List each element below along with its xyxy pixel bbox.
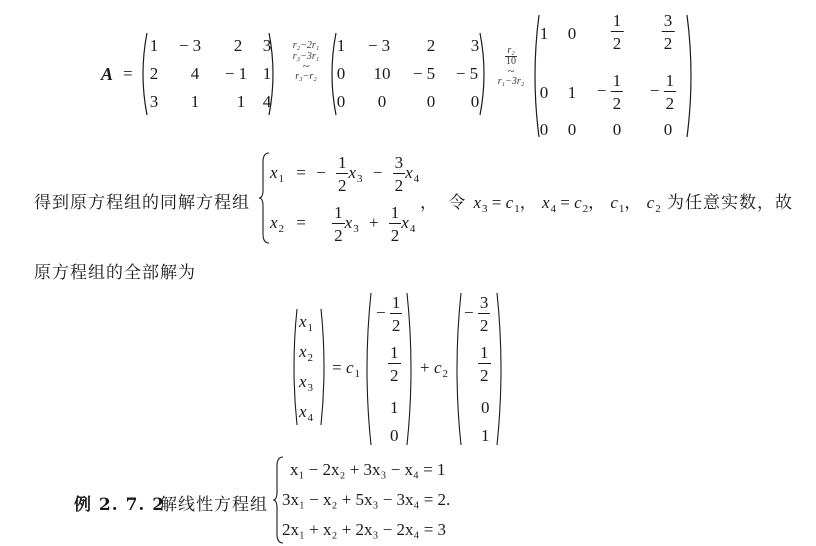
matrix-c-cell: 0 <box>540 120 549 140</box>
matrix-a-cell: − 3 <box>179 36 201 56</box>
right-paren-icon <box>479 32 489 116</box>
matrix-a-cell: 1 <box>191 92 200 112</box>
system-equation-2: x2 = 12x3 + 12x4 <box>270 204 415 244</box>
tilde-icon: ~ <box>492 67 530 75</box>
v1-entry: 12 <box>388 344 401 384</box>
matrix-c-cell: 1 <box>540 24 549 44</box>
v1-entry: 1 <box>390 398 399 418</box>
x-vector-entry: x2 <box>299 342 313 362</box>
matrix-c-cell: 12 <box>611 12 624 52</box>
matrix-b-cell: 0 <box>471 92 480 112</box>
matrix-a-cell: 1 <box>237 92 246 112</box>
matrix-c-cell: 0 <box>540 83 549 103</box>
matrix-c-cell: 32 <box>662 12 675 52</box>
x-vector-entry: x4 <box>299 402 313 422</box>
c1-coefficient: c1 <box>346 358 360 378</box>
matrix-b-cell: 3 <box>471 36 480 56</box>
right-paren-icon <box>496 292 506 446</box>
matrix-a: 1 − 3 2 3 2 4 − 1 1 3 1 1 4 <box>138 30 283 120</box>
example-equation-1: x₁ − 2x₂ + 3x₃ − x₄ = 1 <box>290 460 446 480</box>
parameter-text: ， 令 x3 = c1， x4 = c2， c1， c2 为任意实数，故 <box>420 188 793 213</box>
matrix-c-cell: − 12 <box>597 72 623 112</box>
matrix-b-cell: 0 <box>337 64 346 84</box>
v1-entry: − 12 <box>376 294 402 334</box>
equals-sign: = <box>332 358 342 378</box>
example-label: 例 2. 7. 2 <box>74 490 165 515</box>
matrix-a-cell: 3 <box>150 92 159 112</box>
v2-entry: 0 <box>481 398 490 418</box>
right-paren-icon <box>686 14 696 138</box>
row-operation-1: r₂−2r₁ r₃−3r₁ ~ r₃−r₂ <box>285 40 327 83</box>
matrix-b-cell: 0 <box>427 92 436 112</box>
right-paren-icon <box>320 308 328 426</box>
row-op-line: r₁−3r₂ <box>492 75 530 88</box>
plus-sign: + <box>420 358 430 378</box>
right-paren-icon <box>406 292 416 446</box>
matrix-b-cell: − 5 <box>456 64 478 84</box>
left-paren-icon <box>327 32 337 116</box>
matrix-a-cell: 3 <box>263 36 272 56</box>
example-equation-3: 2x₁ + x₂ + 2x₃ − 2x₄ = 3 <box>282 520 446 540</box>
example-section: 例 2. 7. 2 解线性方程组 x₁ − 2x₂ + 3x₃ − x₄ = 1… <box>0 452 816 546</box>
matrix-c-cell: 0 <box>568 24 577 44</box>
matrix-c-cell: 0 <box>613 120 622 140</box>
matrix-a-cell: 1 <box>263 64 272 84</box>
matrix-b-cell: − 5 <box>413 64 435 84</box>
matrix-reduction: A = 1 − 3 2 3 2 4 − 1 1 3 1 1 4 r₂−2r₁ r… <box>0 0 816 145</box>
matrix-a-cell: 2 <box>150 64 159 84</box>
left-paren-icon <box>138 32 148 116</box>
matrix-a-label: A <box>101 64 113 85</box>
matrix-c-cell: − 12 <box>650 72 676 112</box>
v2-entry: 12 <box>478 344 491 384</box>
system-intro-text: 得到原方程组的同解方程组 <box>34 188 250 213</box>
example-text: 解线性方程组 <box>160 490 268 515</box>
system-equation-1: x1 = − 12x3 − 32x4 <box>270 154 419 194</box>
matrix-a-cell: − 1 <box>225 64 247 84</box>
c2-coefficient: c2 <box>434 358 448 378</box>
matrix-b-cell: 1 <box>337 36 346 56</box>
matrix-c-cell: 0 <box>664 120 673 140</box>
matrix-a-cell: 4 <box>263 92 272 112</box>
v1-entry: 0 <box>390 426 399 446</box>
left-paren-icon <box>530 14 540 138</box>
v2-entry: 1 <box>481 426 490 446</box>
matrix-b-cell: 0 <box>337 92 346 112</box>
row-op-frac-num: r₂ <box>492 46 530 56</box>
matrix-a-cell: 4 <box>191 64 200 84</box>
equals-sign: = <box>123 64 133 84</box>
matrix-b-cell: 0 <box>378 92 387 112</box>
general-solution-intro: 原方程组的全部解为 <box>34 258 196 283</box>
x-vector-entry: x1 <box>299 312 313 332</box>
row-op-line: r₂−2r₁ <box>285 40 327 51</box>
matrix-b-cell: − 3 <box>368 36 390 56</box>
matrix-b-cell: 2 <box>427 36 436 56</box>
matrix-a-cell: 1 <box>150 36 159 56</box>
general-solution: x1 x2 x3 x4 = c1 − 12 12 1 0 + c2 − 32 1… <box>290 290 520 446</box>
matrix-c: 1 0 12 32 0 1 − 12 − 12 0 0 0 0 <box>530 12 698 140</box>
example-equation-2: 3x₁ − x₂ + 5x₃ − 3x₄ = 2. <box>282 490 450 510</box>
left-paren-icon <box>362 292 372 446</box>
left-brace-icon <box>258 152 270 244</box>
matrix-b: 1 − 3 2 3 0 10 − 5 − 5 0 0 0 0 <box>327 30 489 120</box>
x-vector-entry: x3 <box>299 372 313 392</box>
matrix-b-cell: 10 <box>374 64 391 84</box>
left-paren-icon <box>290 308 298 426</box>
left-paren-icon <box>452 292 462 446</box>
matrix-c-cell: 1 <box>568 83 577 103</box>
matrix-c-cell: 0 <box>568 120 577 140</box>
row-operation-2: r₂ 10 ~ r₁−3r₂ <box>492 46 530 88</box>
row-op-line: r₃−r₂ <box>285 70 327 83</box>
v2-entry: − 32 <box>464 294 490 334</box>
equivalent-system-section: 得到原方程组的同解方程组 x1 = − 12x3 − 32x4 x2 = 12x… <box>0 148 816 248</box>
matrix-a-cell: 2 <box>234 36 243 56</box>
tilde-icon: ~ <box>285 62 327 70</box>
